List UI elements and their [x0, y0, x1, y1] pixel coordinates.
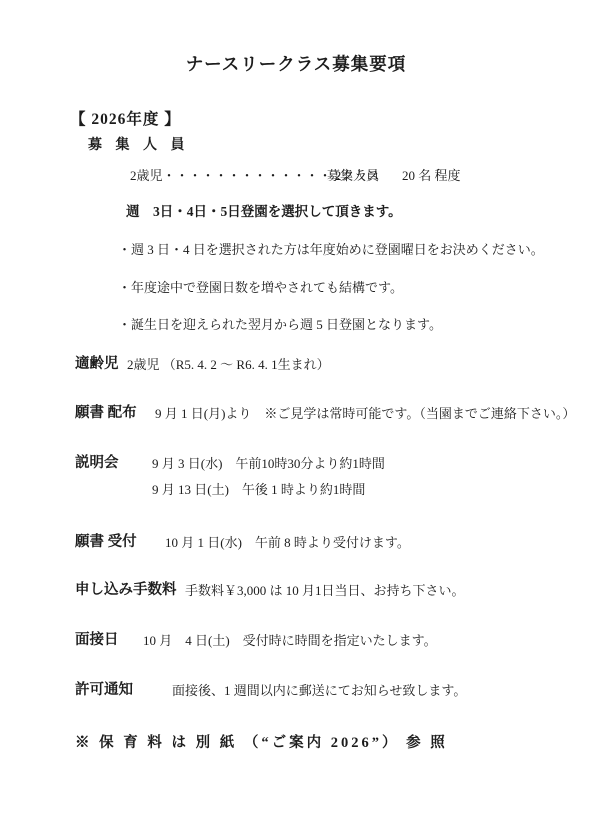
eligible-age-text: 2歳児 （R5. 4. 2 ～ R6. 4. 1生まれ）	[127, 354, 330, 373]
document-page: ナースリークラス募集要項 【 2026年度 】 募 集 人 員 2歳児・・・・・…	[0, 0, 592, 836]
application-fee-text: 手数料￥3,000 は 10 月1日当日、お持ち下さい。	[185, 580, 465, 599]
capacity-number: 20 名 程度	[402, 169, 461, 182]
permission-notice-text: 面接後、1 週間以内に郵送にてお知らせ致します。	[172, 680, 466, 699]
row-application-distribution: 願書 配布 9 月 1 日(月)より ※ご見学は常時可能です。（当園までご連絡下…	[0, 401, 592, 419]
recruit-capacity-heading: 募 集 人 員	[88, 139, 190, 153]
bullet-weekday-choice: ・週 3 日・4 日を選択された方は年度始めに登園曜日をお決めください。	[118, 243, 544, 256]
tuition-footnote: ※ 保 育 料 は 別 紙 （“ご案内 2026”） 参 照	[75, 736, 448, 751]
bullet-increase-days: ・年度途中で登園日数を増やされても結構です。	[118, 281, 403, 294]
application-distribution-text: 9 月 1 日(月)より ※ご見学は常時可能です。（当園までご連絡下さい。）	[155, 403, 575, 422]
row-application-acceptance: 願書 受付 10 月 1 日(水) 午前 8 時より受付けます。	[0, 530, 592, 548]
interview-date-text: 10 月 4 日(土) 受付時に時間を指定いたします。	[143, 630, 437, 649]
row-information-session: 説明会 9 月 3 日(水) 午前10時30分より約1時間	[0, 451, 592, 469]
application-fee-label: 申し込み手数料	[75, 578, 177, 599]
row-permission-notice: 許可通知 面接後、1 週間以内に郵送にてお知らせ致します。	[0, 678, 592, 696]
permission-notice-label: 許可通知	[75, 678, 133, 699]
bullet-birthday-rule: ・誕生日を迎えられた翌月から週 5 日登園となります。	[118, 318, 442, 331]
row-interview-date: 面接日 10 月 4 日(土) 受付時に時間を指定いたします。	[0, 628, 592, 646]
row-application-fee: 申し込み手数料 手数料￥3,000 は 10 月1日当日、お持ち下さい。	[0, 578, 592, 596]
application-acceptance-text: 10 月 1 日(水) 午前 8 時より受付けます。	[165, 532, 410, 551]
information-session-date-2: 9 月 13 日(土) 午後 1 時より約1時間	[152, 479, 365, 498]
class-capacity-line: 2歳児・・・・・・・・・・・・・ 2クラス 募集人員 20 名 程度	[0, 169, 592, 185]
eligible-age-label: 適齢児	[75, 352, 119, 373]
interview-date-label: 面接日	[75, 628, 119, 649]
year-heading: 【 2026年度 】	[70, 112, 181, 128]
information-session-date-1: 9 月 3 日(水) 午前10時30分より約1時間	[152, 453, 385, 472]
row-eligible-age: 適齢児 2歳児 （R5. 4. 2 ～ R6. 4. 1生まれ）	[0, 352, 592, 370]
application-distribution-label: 願書 配布	[75, 401, 137, 422]
capacity-label: 募集人員	[327, 169, 379, 182]
page-title: ナースリークラス募集要項	[0, 56, 592, 74]
application-acceptance-label: 願書 受付	[75, 530, 137, 551]
weekly-attendance-line: 週 3日・4日・5日登園を選択して頂きます。	[126, 205, 402, 219]
information-session-label: 説明会	[75, 451, 119, 472]
